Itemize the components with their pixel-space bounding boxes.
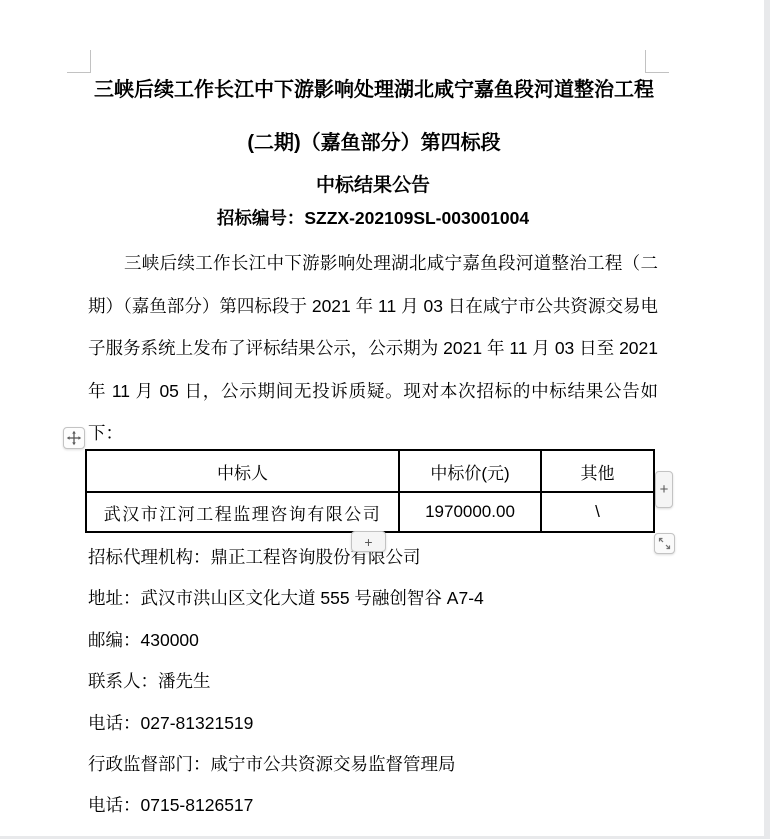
add-column-button[interactable]: +	[655, 471, 673, 508]
contact-line: 联系人：潘先生	[88, 661, 688, 702]
contact-info-block: 招标代理机构：鼎正工程咨询股份有限公司 地址：武汉市洪山区文化大道 555 号融…	[88, 537, 688, 827]
table-move-handle[interactable]	[63, 427, 85, 449]
diagonal-resize-icon	[657, 536, 672, 551]
header-other: 其他	[541, 450, 654, 492]
plus-icon: +	[660, 482, 669, 497]
document-title: 三峡后续工作长江中下游影响处理湖北咸宁嘉鱼段河道整治工程(二期)（嘉鱼部分）第四…	[86, 64, 662, 170]
cell-price: 1970000.00	[399, 492, 541, 532]
announcement-heading: 中标结果公告	[86, 172, 660, 200]
address-line: 地址：武汉市洪山区文化大道 555 号融创智谷 A7-4	[88, 578, 688, 619]
move-cross-icon	[66, 430, 82, 446]
vertical-scrollbar-track[interactable]	[764, 0, 770, 839]
header-price: 中标价(元)	[399, 450, 541, 492]
phone-line-2: 电话：0715-8126517	[88, 785, 688, 826]
add-row-button[interactable]: +	[351, 531, 386, 552]
table-row: 武汉市江河工程监理咨询有限公司 1970000.00 \	[86, 492, 654, 532]
agency-line: 招标代理机构：鼎正工程咨询股份有限公司	[88, 537, 688, 578]
cell-other: \	[541, 492, 654, 532]
plus-icon: +	[364, 535, 372, 549]
phone-line: 电话：027-81321519	[88, 703, 688, 744]
table-resize-handle[interactable]	[654, 533, 675, 554]
editor-viewport: { "page": { "title": "三峡后续工作长江中下游影响处理湖北咸…	[0, 0, 770, 839]
body-paragraph: 三峡后续工作长江中下游影响处理湖北咸宁嘉鱼段河道整治工程（二期）（嘉鱼部分）第四…	[88, 242, 658, 455]
postcode-line: 邮编：430000	[88, 620, 688, 661]
supervisor-line: 行政监督部门：咸宁市公共资源交易监督管理局	[88, 744, 688, 785]
cell-winner: 武汉市江河工程监理咨询有限公司	[86, 492, 399, 532]
bid-number-line: 招标编号：SZZX-202109SL-003001004	[86, 205, 660, 231]
bid-result-table: 中标人 中标价(元) 其他 武汉市江河工程监理咨询有限公司 1970000.00…	[85, 449, 655, 533]
header-winner: 中标人	[86, 450, 399, 492]
table-header-row: 中标人 中标价(元) 其他	[86, 450, 654, 492]
